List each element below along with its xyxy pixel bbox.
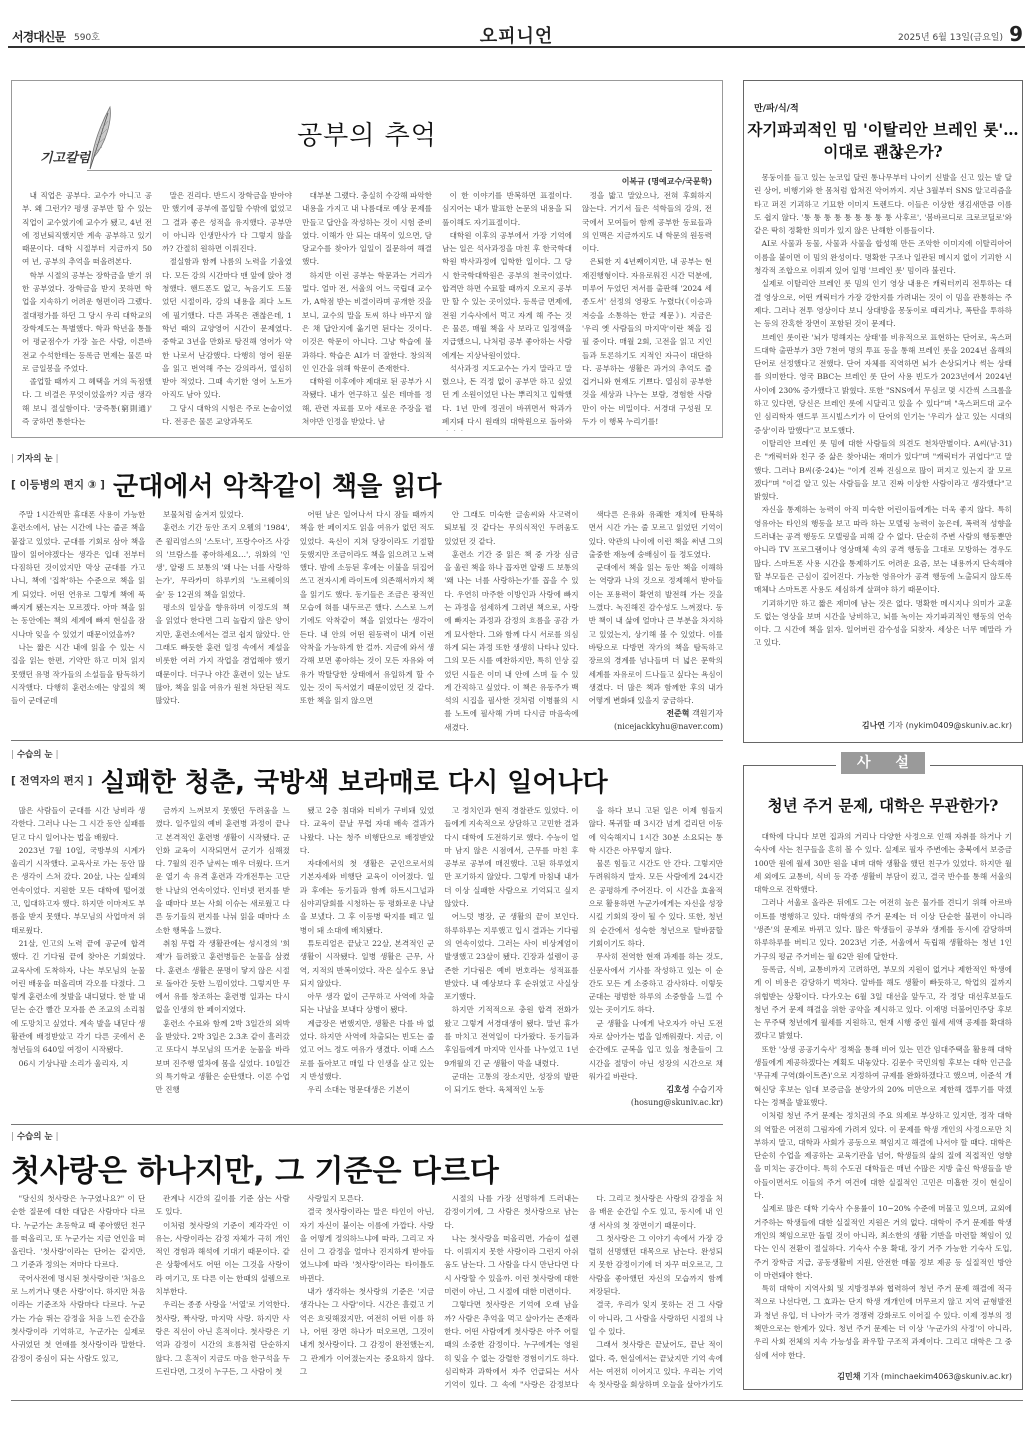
manpa-title-line1: 자기파괴적인 밈 '이탈리안 브레인 롯'… — [747, 120, 1018, 139]
paragraph: 안 그래도 미숙한 글솜씨와 사고력이 퇴보될 것 같다는 무의식적인 두려움도… — [444, 508, 578, 548]
paragraph: 관계나 시간의 깊이를 기준 삼는 사람도 있다. — [155, 1192, 289, 1219]
text-column: 사랑일지 모른다.결국 첫사랑이라는 말은 타인이 아닌, 자기 자신이 붙이는… — [300, 1192, 434, 1390]
paragraph: 사랑일지 모른다. — [300, 1192, 434, 1205]
article-body: 많은 사람들이 군대를 시간 낭비라 생각한다. 그러나 나는 그 시간 동안 … — [11, 804, 723, 1108]
article-trainee-eye-2: | 수습의 눈 | 첫사랑은 하나지만, 그 기준은 다르다 "당신의 첫사랑은… — [11, 1130, 723, 1390]
paragraph: 학부 시절의 공부는 장학금을 받기 위한 공부였다. 장학금을 받지 못하면 … — [22, 269, 152, 375]
byline-name: 김민채 — [837, 1372, 860, 1381]
byline-email: (nicejackkyhu@naver.com) — [614, 722, 723, 731]
paragraph: 절실함과 함께 나름의 노력을 기울였다. 모든 강의 시간마다 맨 앞에 앉아… — [162, 255, 292, 401]
page-bottom-rule — [11, 1400, 1023, 1401]
text-column: 안 그래도 미숙한 글솜씨와 사고력이 퇴보될 것 같다는 무의식적인 두려움도… — [444, 508, 578, 732]
text-column: 시절의 나를 가장 선명하게 드러내는 감정이기에, 그 사람은 첫사랑으로 남… — [444, 1192, 578, 1390]
article-label: | 수습의 눈 | — [11, 748, 723, 760]
paragraph: "당신의 첫사랑은 누구였나요?" 이 단순한 질문에 대한 대답은 사람마다 … — [11, 1192, 145, 1272]
byline-name: 김호성 — [666, 1084, 689, 1094]
article-label: | 수습의 눈 | — [11, 1130, 723, 1142]
manpa-body: 몽둥이를 들고 있는 눈코입 달린 통나무부터 나이키 신발을 신고 있는 발 … — [754, 171, 1012, 712]
series-label: [ 이등병의 편지 ③ ] — [11, 479, 105, 491]
column-title-rule — [87, 170, 712, 171]
paragraph: 나는 짧은 시간 내에 읽을 수 있는 시집을 읽는 한편, 기약만 하고 미처… — [11, 641, 145, 707]
paragraph: 나는 첫사랑을 떠올리면, 가슴이 설렌다. 이뤄지지 못한 사랑이라 그런지 … — [444, 1232, 578, 1298]
paragraph: 결국, 우리가 잊지 못하는 건 그 사람이 아니라, 그 사람을 사랑하던 시… — [589, 1298, 723, 1338]
paragraph: 정을 밟고 말았으나, 전혀 후회하지 않는다. 거기서 들은 석학들의 강의,… — [582, 189, 712, 255]
paragraph: 내 직업은 공부다. 교수가 아니고 공부. 왜 그런가? 평생 공부만 할 수… — [22, 189, 152, 269]
text-column: 보물처럼 숨겨져 있었다.훈련소 기간 동안 조지 오웰의 '1984', 존 … — [155, 508, 289, 732]
paragraph: 또한 '상생 공공기숙사' 정책을 통해 비어 있는 민간 임대주택을 활용해 … — [754, 1043, 1012, 1109]
byline-name: 전준혁 — [666, 708, 689, 718]
byline-email: (minchaekim4063@skuniv.ac.kr) — [881, 1372, 1012, 1381]
paragraph: 이탈리안 브레인 롯 밈에 대한 사람들의 의견도 천차만별이다. A씨(남·3… — [754, 437, 1012, 503]
paragraph: 무사히 전역한 현재 과제를 하는 것도, 신문사에서 기사를 작성하고 있는 … — [589, 950, 723, 1016]
text-column: 색다른 은유와 유쾌한 재치에 탄복하면서 시간 가는 줄 모르고 읽었던 기억… — [589, 508, 723, 732]
text-column: 금까지 느껴보지 못했던 두려움을 느꼈다. 일주일의 예비 훈련병 과정이 끝… — [155, 804, 289, 1108]
paragraph: 훈련소 기간 동안 조지 오웰의 '1984', 존 윌리엄스의 '스토너', … — [155, 521, 289, 601]
text-column: 말은 진리다. 반드시 장학금을 받아야만 했기에 공부에 몰입할 수밖에 없었… — [162, 189, 292, 431]
text-column: 관계나 시간의 깊이를 기준 삼는 사람도 있다.이처럼 첫사랑의 기준이 제각… — [155, 1192, 289, 1390]
paragraph: 국어사전에 명시된 첫사랑이란 '처음으로 느끼거나 맺은 사랑'이다. 하지만… — [11, 1272, 145, 1365]
paragraph: 군대에서 책을 읽는 동안 책을 이해하는 역량과 나의 것으로 정제해서 받아… — [589, 561, 723, 707]
text-column: 고 정치인과 현직 경찰관도 있었다. 이들에게 지속적으로 상담하고 고민한 … — [444, 804, 578, 1108]
paragraph: 군 생활을 나에게 낙오자가 아닌 도전자로 살아가는 법을 일깨워줬다. 지금… — [589, 1017, 723, 1083]
paragraph: 그 첫사랑은 그 이야기 속에서 가장 강렬히 선명했던 대목으로 남는다. 완… — [589, 1232, 723, 1298]
paragraph: 브레인 롯이란 '뇌가 멍해지는 상태'를 비유적으로 표현하는 단어로, 옥스… — [754, 331, 1012, 437]
byline-name: 김나연 — [862, 721, 885, 730]
paragraph: 물론 힘들고 시간도 안 간다. 그렇지만 두려워하지 말자. 모든 사람에게 … — [589, 857, 723, 950]
paragraph: 대학에 다니다 보면 집과의 거리나 다양한 사정으로 인해 자취를 하거나 기… — [754, 830, 1012, 896]
editorial-box: 청년 주거 문제, 대학은 무관한가? 대학에 다니다 보면 집과의 거리나 다… — [743, 765, 1023, 1390]
paragraph: 군대는 고통의 장소지만, 성장의 발판이 되기도 한다. 육체적인 노동 — [444, 1070, 578, 1097]
paragraph: 2023년 7월 10일, 국방부의 시계가 울리기 시작했다. 교육사로 가는… — [11, 844, 145, 937]
paragraph: 기괴하기만 하고 짧은 재미에 남는 것은 없다. 명확한 메시지나 의미가 교… — [754, 597, 1012, 650]
paragraph: 그 당시 대학의 시험은 주로 논술이었다. 전공은 물론 교양과목도 — [162, 402, 292, 429]
section-divider — [11, 1124, 723, 1125]
byline-role: 수습기자 — [692, 1085, 723, 1094]
paragraph: 색다른 은유와 유쾌한 재치에 탄복하면서 시간 가는 줄 모르고 읽었던 기억… — [589, 508, 723, 561]
paragraph: 하지만 이런 공부는 학문과는 거리가 멀다. 얼마 전, 서울의 어느 국립대… — [302, 269, 432, 375]
publication-date: 2025년 6월 13일(금요일) — [898, 30, 1003, 43]
manpa-byline: 김나연 기자 (nykim0409@skuniv.ac.kr) — [862, 719, 1012, 732]
manpa-kicker: 만/파/식/적 — [754, 101, 799, 114]
paragraph: 말은 진리다. 반드시 장학금을 받아야만 했기에 공부에 몰입할 수밖에 없었… — [162, 189, 292, 255]
paragraph: 이처럼 청년 주거 문제는 정치권의 주요 의제로 부상하고 있지만, 정작 대… — [754, 1109, 1012, 1202]
paragraph: 내가 생각하는 첫사랑의 기준은 '지금 생각나는 그 사람'이다. 시간은 흘… — [300, 1285, 434, 1378]
text-column: "당신의 첫사랑은 누구였나요?" 이 단순한 질문에 대한 대답은 사람마다 … — [11, 1192, 145, 1390]
paragraph: 많은 사람들이 군대를 시간 낭비라 생각한다. 그러나 나는 그 시간 동안 … — [11, 804, 145, 844]
paragraph: AI로 사물과 동물, 사물과 사물을 합성해 만든 조악한 이미지에 이탈리아… — [754, 237, 1012, 277]
byline-role: 기자 — [888, 721, 903, 730]
text-column: 많은 사람들이 군대를 시간 낭비라 생각한다. 그러나 나는 그 시간 동안 … — [11, 804, 145, 1108]
paragraph: 훈련소 수료와 함께 2박 3일간의 외박을 받았다. 2박 3일은 2.3초 … — [155, 1017, 289, 1097]
paragraph: 등록금, 식비, 교통비까지 고려하면, 부모의 지원이 없거나 제한적인 학생… — [754, 963, 1012, 1043]
article-reporter-eye: | 기자의 눈 | [ 이등병의 편지 ③ ]군대에서 악착같이 책을 읽다 주… — [11, 452, 723, 732]
paragraph: 그래서 첫사랑은 끝났어도, 끝난 적이 없다. 즉, 현실에서는 끝났지만 기… — [589, 1338, 723, 1390]
paragraph: 06시 기상나팔 소리가 울리자, 지 — [11, 1057, 145, 1070]
section-divider — [11, 740, 723, 741]
paragraph: 은퇴한 지 4년째이지만, 내 공부는 현재진행형이다. 자유로워진 시간 덕분… — [582, 255, 712, 428]
text-column: 다. 그리고 첫사랑은 사랑의 감정을 처음 배운 순간일 수도 있고, 동시에… — [589, 1192, 723, 1390]
text-column: 어떤 날은 일어나서 다시 잠들 때까지 책을 한 페이지도 읽을 여유가 없던… — [300, 508, 434, 732]
editorial-byline: 김민채 기자 (minchaekim4063@skuniv.ac.kr) — [837, 1370, 1012, 1383]
guest-column: 기고칼럼 공부의 추억 이복규 (명예교수/국문학) 내 직업은 공부다. 교수… — [11, 80, 723, 438]
paragraph: 자신을 통제하는 능력이 아직 미숙한 어린이들에게는 더욱 좋지 않다. 특히… — [754, 503, 1012, 596]
paragraph: 아무 생각 없이 근무하고 사역에 차출되는 나날을 보내다 상병이 됐다. — [300, 990, 434, 1017]
article-byline: 김호성 수습기자(hosung@skuniv.ac.kr) — [589, 1083, 723, 1108]
paragraph: 주말 1시간씩만 휴대폰 사용이 가능한 훈련소에서, 남는 시간에 나는 줄곧… — [11, 508, 145, 641]
column-author: 이복규 (명예교수/국문학) — [622, 176, 712, 187]
paragraph: 훈련소 기간 중 읽은 책 중 가장 심금을 울린 책을 하나 꼽자면 알랭 드… — [444, 548, 578, 732]
paragraph: 평소의 일상을 향유하며 이정도의 책을 읽었다 한다면 그리 놀랍지 않은 양… — [155, 601, 289, 707]
paragraph: 대부분 그랬다. 충실히 수강해 파악한 내용을 가지고 내 나름대로 예상 문… — [302, 189, 432, 269]
paragraph: 그렇다면 첫사랑은 기억에 오래 남을까? 사람은 추억을 먹고 살아가는 존재… — [444, 1298, 578, 1390]
headline-text: 군대에서 악착같이 책을 읽다 — [113, 472, 442, 502]
paragraph: 어떤 날은 일어나서 다시 잠들 때까지 책을 한 페이지도 읽을 여유가 없던… — [300, 508, 434, 707]
paragraph: 계급장은 변했지만, 생활은 다를 바 없었다. 하지만 사역에 차출되는 빈도… — [300, 1017, 434, 1083]
page-number: 9 — [1009, 22, 1023, 46]
paragraph: 졸업할 때까지 그 혜택을 거의 독점했다. 그 비결은 무엇이었을까? 지금 … — [22, 375, 152, 428]
text-column: 내 직업은 공부다. 교수가 아니고 공부. 왜 그런가? 평생 공부만 할 수… — [22, 189, 152, 431]
article-body: "당신의 첫사랑은 누구였나요?" 이 단순한 질문에 대한 대답은 사람마다 … — [11, 1192, 723, 1390]
paragraph: 이 한 이야기를 반복하면 표절이다. 심지어는 내가 발표한 논문의 내용을 … — [442, 189, 572, 229]
byline-email: (nykim0409@skuniv.ac.kr) — [906, 721, 1012, 730]
paragraph: 하지만 기적적으로 충원 합격 전화가 왔고 그렇게 서경대생이 됐다. 말년 … — [444, 1003, 578, 1069]
paragraph: 금까지 느껴보지 못했던 두려움을 느꼈다. 일주일의 예비 훈련병 과정이 끝… — [155, 804, 289, 937]
text-column: 이 한 이야기를 반복하면 표절이다. 심지어는 내가 발표한 논문의 내용을 … — [442, 189, 572, 431]
paragraph: 석사과정 지도교수는 가지 말라고 말렸으나, 돈 걱정 없이 공부만 하고 싶… — [442, 362, 572, 431]
editorial-body: 대학에 다니다 보면 집과의 거리나 다양한 사정으로 인해 자취를 하거나 기… — [754, 830, 1012, 1365]
byline-role: 기자 — [863, 1372, 878, 1381]
paragraph: 대학원 이후에야 제대로 된 공부가 시작됐다. 내가 연구하고 싶은 테마를 … — [302, 375, 432, 428]
paragraph: 대학원 이후의 공부에서 가장 기억에 남는 일은 석사과정을 마친 후 한국학… — [442, 229, 572, 362]
article-byline: 전준혁 객원기자(nicejackkyhu@naver.com) — [589, 707, 723, 732]
paragraph: 어느덧 병장, 군 생활의 끝이 보인다. 하루하루는 지루했고 입시 결과는 … — [444, 910, 578, 1003]
manpa-title: 자기파괴적인 밈 '이탈리안 브레인 롯'… 이대로 괜찮은가? — [744, 119, 1022, 163]
byline-role: 객원기자 — [692, 709, 723, 718]
text-column: 됐고 2층 침대와 티비가 구비돼 있었다. 교육이 끝날 무렵 자대 배속 결… — [300, 804, 434, 1108]
column-body: 내 직업은 공부다. 교수가 아니고 공부. 왜 그런가? 평생 공부만 할 수… — [22, 189, 712, 431]
article-headline: [ 이등병의 편지 ③ ]군대에서 악착같이 책을 읽다 — [11, 466, 442, 503]
byline-email: (hosung@skuniv.ac.kr) — [631, 1098, 723, 1107]
article-headline: 첫사랑은 하나지만, 그 기준은 다르다 — [11, 1146, 499, 1190]
paragraph: 그러나 서울로 올라온 뒤에도 그는 여전히 높은 물가를 견디기 위해 아르바… — [754, 896, 1012, 962]
text-column: 을 하다 보니 고된 일은 이제 힘들지 않다. 복귀할 때 3시간 넘게 걸리… — [589, 804, 723, 1108]
article-body: 주말 1시간씩만 휴대폰 사용이 가능한 훈련소에서, 남는 시간에 나는 줄곧… — [11, 508, 723, 732]
paragraph: 자대에서의 첫 생활은 군인으로서의 기본자세와 비행단 교육이 이어졌다. 일… — [300, 857, 434, 937]
paragraph: 고 정치인과 현직 경찰관도 있었다. 이들에게 지속적으로 상담하고 고민한 … — [444, 804, 578, 910]
article-trainee-eye-1: | 수습의 눈 | [ 전역자의 편지 ]실패한 청춘, 국방색 보라매로 다시… — [11, 748, 723, 1108]
paragraph: 실제로 많은 대학 기숙사 수용률이 10~20% 수준에 머물고 있으며, 교… — [754, 1202, 1012, 1282]
headline-text: 실패한 청춘, 국방색 보라매로 다시 일어나다 — [100, 768, 607, 798]
section-title: 오피니언 — [8, 22, 1025, 48]
paragraph: 이처럼 첫사랑의 기준이 제각각인 이유는, 사랑이라는 감정 자체가 극히 개… — [155, 1219, 289, 1299]
article-label: | 기자의 눈 | — [11, 452, 723, 464]
paragraph: 우리는 종종 사랑을 '서열'로 기억한다. 첫사랑, 짝사랑, 마지막 사랑.… — [155, 1298, 289, 1378]
paragraph: 결국 첫사랑이라는 말은 타인이 아닌, 자기 자신이 붙이는 이름에 가깝다.… — [300, 1205, 434, 1285]
paragraph: 튜토리얼은 끝났고 22살, 본격적인 군 생활이 시작됐다. 일병 생활은 근… — [300, 937, 434, 990]
manpasikjeok-box: 만/파/식/적 자기파괴적인 밈 '이탈리안 브레인 롯'… 이대로 괜찮은가?… — [743, 80, 1023, 743]
text-column: 대부분 그랬다. 충실히 수강해 파악한 내용을 가지고 내 나름대로 예상 문… — [302, 189, 432, 431]
editorial-tab: 사 설 — [840, 752, 926, 774]
article-headline: [ 전역자의 편지 ]실패한 청춘, 국방색 보라매로 다시 일어나다 — [11, 762, 608, 799]
paragraph: 21살, 인고의 노력 끝에 공군에 합격했다. 긴 기다림 끝에 찾아온 기회… — [11, 937, 145, 1057]
paragraph: 보물처럼 숨겨져 있었다. — [155, 508, 289, 521]
paragraph: 취침 무렵 각 생활관에는 성시경의 '희재'가 들려왔고 훈련병들은 눈물을 … — [155, 937, 289, 1017]
manpa-title-line2: 이대로 괜찮은가? — [823, 142, 942, 161]
editorial-title: 청년 주거 문제, 대학은 무관한가? — [744, 794, 1022, 816]
paragraph: 시절의 나를 가장 선명하게 드러내는 감정이기에, 그 사람은 첫사랑으로 남… — [444, 1192, 578, 1232]
masthead: 서경대신문 590호 오피니언 2025년 6월 13일(금요일) 9 — [8, 20, 1025, 48]
paragraph: 됐고 2층 침대와 티비가 구비돼 있었다. 교육이 끝날 무렵 자대 배속 결… — [300, 804, 434, 857]
column-title: 공부의 추억 — [12, 115, 722, 152]
paragraph: 특히 대학이 지역사회 및 지방정부와 협력하여 청년 주거 문제 해결에 적극… — [754, 1282, 1012, 1362]
text-column: 정을 밟고 말았으나, 전혀 후회하지 않는다. 거기서 들은 석학들의 강의,… — [582, 189, 712, 431]
paragraph: 다. 그리고 첫사랑은 사랑의 감정을 처음 배운 순간일 수도 있고, 동시에… — [589, 1192, 723, 1232]
series-label: [ 전역자의 편지 ] — [11, 775, 92, 787]
text-column: 주말 1시간씩만 휴대폰 사용이 가능한 훈련소에서, 남는 시간에 나는 줄곧… — [11, 508, 145, 732]
paragraph: 실제로 이탈리안 브레인 롯 밈의 인기 영상 내용은 캐릭터끼리 전투하는 대… — [754, 277, 1012, 330]
paragraph: 몽둥이를 들고 있는 눈코입 달린 통나무부터 나이키 신발을 신고 있는 발 … — [754, 171, 1012, 237]
paragraph: 을 하다 보니 고된 일은 이제 힘들지 않다. 복귀할 때 3시간 넘게 걸리… — [589, 804, 723, 857]
headline-text: 첫사랑은 하나지만, 그 기준은 다르다 — [11, 1154, 499, 1189]
paragraph: 우리 소대는 명문대생은 기본이 — [300, 1083, 434, 1096]
